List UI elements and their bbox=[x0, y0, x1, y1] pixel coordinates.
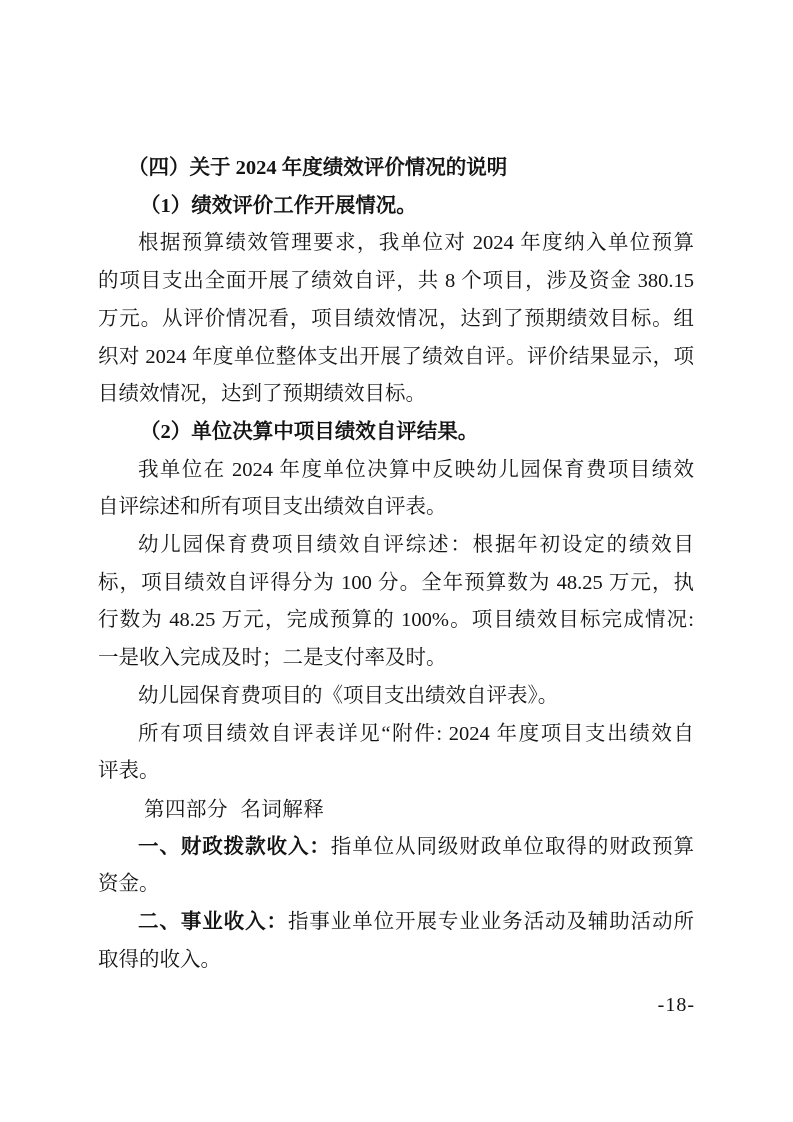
text-run: 资金。 bbox=[98, 873, 160, 895]
text-run: 指单位从同级财政单位取得的财政预算 bbox=[331, 836, 694, 858]
body-line: 资金。 bbox=[98, 866, 694, 904]
document-page: （四）关于 2024 年度绩效评价情况的说明 （1）绩效评价工作开展情况。 根据… bbox=[0, 0, 793, 1122]
body-line: 幼儿园保育费项目绩效自评综述：根据年初设定的绩效目 bbox=[98, 527, 694, 565]
text-run: 行数为 48.25 万元，完成预算的 100%。项目绩效目标完成情况: bbox=[98, 609, 694, 631]
text-run: 幼儿园保育费项目的《项目支出绩效自评表》。 bbox=[138, 685, 558, 707]
page-number: -18- bbox=[658, 994, 695, 1017]
body-line: 所有项目绩效自评表详见“附件: 2024 年度项目支出绩效自 bbox=[98, 716, 694, 754]
text-run: 自评综述和所有项目支出绩效自评表。 bbox=[98, 496, 447, 518]
text-run: 我单位在 2024 年度单位决算中反映幼儿园保育费项目绩效 bbox=[138, 459, 694, 481]
definition-term: 一、财政拨款收入： bbox=[138, 836, 331, 858]
text-run: 织对 2024 年度单位整体支出开展了绩效自评。评价结果显示，项 bbox=[98, 346, 694, 368]
body-line: 标，项目绩效自评得分为 100 分。全年预算数为 48.25 万元，执 bbox=[98, 565, 694, 603]
definition-line-business-income: 二、事业收入：指事业单位开展专业业务活动及辅助活动所 bbox=[98, 904, 694, 942]
text-run: 评表。 bbox=[98, 760, 160, 782]
text-run: 指事业单位开展专业业务活动及辅助活动所 bbox=[288, 911, 694, 933]
body-line: 自评综述和所有项目支出绩效自评表。 bbox=[98, 489, 694, 527]
body-line: 我单位在 2024 年度单位决算中反映幼儿园保育费项目绩效 bbox=[98, 452, 694, 490]
text-run: 万元。从评价情况看，项目绩效情况，达到了预期绩效目标。组 bbox=[98, 308, 694, 330]
body-line: 一是收入完成及时；二是支付率及时。 bbox=[98, 640, 694, 678]
body-line: 目绩效情况，达到了预期绩效目标。 bbox=[98, 376, 694, 414]
heading-section-four: （四）关于 2024 年度绩效评价情况的说明 bbox=[98, 150, 694, 188]
heading-item-1: （1）绩效评价工作开展情况。 bbox=[98, 188, 694, 226]
body-line: 行数为 48.25 万元，完成预算的 100%。项目绩效目标完成情况: bbox=[98, 602, 694, 640]
document-text: （四）关于 2024 年度绩效评价情况的说明 （1）绩效评价工作开展情况。 根据… bbox=[98, 150, 694, 979]
text-run: 的项目支出全面开展了绩效自评，共 8 个项目，涉及资金 380.15 bbox=[98, 270, 694, 292]
heading-item-2: （2）单位决算中项目绩效自评结果。 bbox=[98, 414, 694, 452]
heading-text: 第四部分 名词解释 bbox=[144, 798, 324, 821]
text-run: 根据预算绩效管理要求，我单位对 2024 年度纳入单位预算 bbox=[138, 232, 694, 254]
text-run: 取得的收入。 bbox=[98, 949, 221, 971]
body-line: 万元。从评价情况看，项目绩效情况，达到了预期绩效目标。组 bbox=[98, 301, 694, 339]
text-run: 标，项目绩效自评得分为 100 分。全年预算数为 48.25 万元，执 bbox=[98, 572, 694, 594]
body-line: 取得的收入。 bbox=[98, 942, 694, 980]
body-line: 幼儿园保育费项目的《项目支出绩效自评表》。 bbox=[98, 678, 694, 716]
definition-term: 二、事业收入： bbox=[138, 911, 288, 933]
heading-text: （四）关于 2024 年度绩效评价情况的说明 bbox=[128, 157, 507, 179]
heading-text: （2）单位决算中项目绩效自评结果。 bbox=[140, 421, 478, 443]
text-run: 幼儿园保育费项目绩效自评综述：根据年初设定的绩效目 bbox=[138, 534, 694, 556]
text-run: 所有项目绩效自评表详见“附件: 2024 年度项目支出绩效自 bbox=[138, 723, 694, 745]
body-line: 根据预算绩效管理要求，我单位对 2024 年度纳入单位预算 bbox=[98, 225, 694, 263]
body-line: 的项目支出全面开展了绩效自评，共 8 个项目，涉及资金 380.15 bbox=[98, 263, 694, 301]
text-run: 目绩效情况，达到了预期绩效目标。 bbox=[98, 383, 426, 405]
text-run: 一是收入完成及时；二是支付率及时。 bbox=[98, 647, 447, 669]
heading-part-four: 第四部分 名词解释 bbox=[98, 791, 694, 829]
heading-text: （1）绩效评价工作开展情况。 bbox=[140, 195, 417, 217]
body-line: 评表。 bbox=[98, 753, 694, 791]
definition-line-fiscal-income: 一、财政拨款收入：指单位从同级财政单位取得的财政预算 bbox=[98, 829, 694, 867]
body-line: 织对 2024 年度单位整体支出开展了绩效自评。评价结果显示，项 bbox=[98, 339, 694, 377]
